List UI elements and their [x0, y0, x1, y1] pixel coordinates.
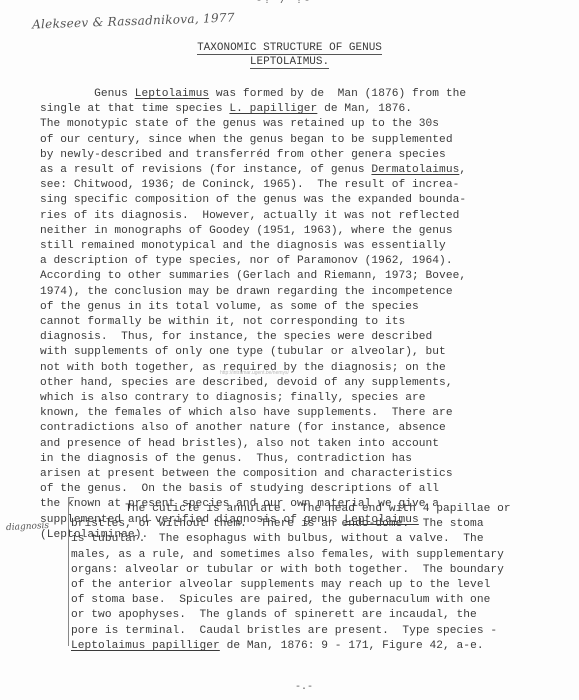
handwritten-citation: Alekseev & Rassadnikova, 1977 — [32, 10, 235, 31]
text-run: diagnosis. Thus, for instance, the speci… — [40, 331, 432, 343]
text-run: of the anterior alveolar supplements may… — [71, 579, 490, 591]
watermark-url: http://intramar.ugent.be/nemys/ — [220, 370, 289, 376]
text-run: was formed by de Man (1876) from the — [209, 88, 466, 100]
text-line: neither in monographs of Goodey (1951, 1… — [40, 224, 466, 239]
text-line: of the genus in its total volume, as som… — [40, 300, 466, 315]
page-number-bottom: -.- — [295, 682, 313, 693]
text-line: which is also contrary to diagnosis; fin… — [40, 391, 466, 406]
text-run: contradictions also of another nature (f… — [40, 422, 446, 434]
text-line: diagnosis. Thus, for instance, the speci… — [40, 330, 466, 345]
intro-paragraph: Genus Leptolaimus was formed by de Man (… — [40, 87, 466, 543]
text-run: is tubular. The esophagus with bulbus, w… — [71, 533, 484, 545]
text-run: arisen at present between the compositio… — [40, 468, 453, 480]
text-line: or two apophyses. The glands of spineret… — [71, 608, 511, 623]
text-run: ries of its diagnosis. However, actually… — [40, 210, 459, 222]
text-line: of the genus. On the basis of studying d… — [40, 482, 466, 497]
text-line: with supplements of only one type (tubul… — [40, 345, 466, 360]
text-run: pore is terminal. Caudal bristles are pr… — [71, 625, 497, 637]
text-line: of the anterior alveolar supplements may… — [71, 578, 511, 593]
text-line: see: Chitwood, 1936; de Coninck, 1965). … — [40, 178, 466, 193]
text-line: Genus Leptolaimus was formed by de Man (… — [40, 87, 466, 102]
text-run: bristles, or without them. There is an e… — [71, 518, 484, 530]
text-run: of our century, since when the genus beg… — [40, 134, 453, 146]
text-run: males, as a rule, and sometimes also fem… — [71, 549, 504, 561]
page-number-top: -! / !- — [256, 0, 312, 7]
text-line: still remained monotypical and the diagn… — [40, 239, 466, 254]
text-line: contradictions also of another nature (f… — [40, 421, 466, 436]
text-run: or two apophyses. The glands of spineret… — [71, 609, 477, 621]
text-run: with supplements of only one type (tubul… — [40, 346, 446, 358]
text-run: of the genus. On the basis of studying d… — [40, 483, 439, 495]
text-run: de Man, 1876: 9 - 171, Figure 42, a-e. — [220, 640, 484, 652]
text-run: neither in monographs of Goodey (1951, 1… — [40, 225, 453, 237]
text-run: which is also contrary to diagnosis; fin… — [40, 392, 426, 404]
text-run: According to other summaries (Gerlach an… — [40, 270, 466, 282]
text-line: of our century, since when the genus beg… — [40, 133, 466, 148]
text-line: is tubular. The esophagus with bulbus, w… — [71, 532, 511, 547]
text-line: of stoma base. Spicules are paired, the … — [71, 593, 511, 608]
text-run: by newly-described and transferréd from … — [40, 149, 446, 161]
text-line: The cuticle is annulate. The head end wi… — [71, 502, 511, 517]
text-line: Leptolaimus papilliger de Man, 1876: 9 -… — [71, 639, 511, 654]
text-line: arisen at present between the compositio… — [40, 467, 466, 482]
underlined-taxon: Leptolaimus papilliger — [71, 640, 220, 652]
underlined-taxon: Leptolaimus — [135, 88, 209, 100]
text-line: The monotypic state of the genus was ret… — [40, 117, 466, 132]
text-run: of stoma base. Spicules are paired, the … — [71, 594, 490, 606]
text-line: known, the females of which also have su… — [40, 406, 466, 421]
diagnosis-paragraph: The cuticle is annulate. The head end wi… — [71, 502, 511, 654]
text-run: other hand, species are described, devoi… — [40, 377, 453, 389]
text-line: males, as a rule, and sometimes also fem… — [71, 548, 511, 563]
text-line: bristles, or without them. There is an e… — [71, 517, 511, 532]
text-line: ries of its diagnosis. However, actually… — [40, 209, 466, 224]
text-run: a description of type species, nor of Pa… — [40, 255, 453, 267]
text-line: in the diagnosis of the genus. Thus, con… — [40, 452, 466, 467]
text-line: According to other summaries (Gerlach an… — [40, 269, 466, 284]
text-line: as a result of revisions (for instance, … — [40, 163, 466, 178]
title-line-2: LEPTOLAIMUS. — [250, 56, 329, 69]
text-run: organs: alveolar or tubular or with both… — [71, 564, 504, 576]
text-run: known, the females of which also have su… — [40, 407, 453, 419]
text-line: organs: alveolar or tubular or with both… — [71, 563, 511, 578]
text-run: sing specific composition of the genus w… — [40, 194, 466, 206]
text-line: single at that time species L. papillige… — [40, 102, 466, 117]
text-line: and presence of head bristles), also not… — [40, 437, 466, 452]
document-title: TAXONOMIC STRUCTURE OF GENUS LEPTOLAIMUS… — [0, 41, 579, 69]
text-line: cannot formally be within it, not corres… — [40, 315, 466, 330]
text-run: cannot formally be within it, not corres… — [40, 316, 405, 328]
text-line: by newly-described and transferréd from … — [40, 148, 466, 163]
text-run: , — [459, 164, 466, 176]
text-run: still remained monotypical and the diagn… — [40, 240, 446, 252]
text-run: of the genus in its total volume, as som… — [40, 301, 419, 313]
text-run: Genus — [40, 88, 135, 100]
text-line: a description of type species, nor of Pa… — [40, 254, 466, 269]
text-run: The cuticle is annulate. The head end wi… — [71, 503, 511, 515]
underlined-taxon: L. papilliger — [229, 103, 317, 115]
text-run: and presence of head bristles), also not… — [40, 438, 439, 450]
text-line: pore is terminal. Caudal bristles are pr… — [71, 624, 511, 639]
text-run: de Man, 1876. — [317, 103, 412, 115]
text-run: in the diagnosis of the genus. Thus, con… — [40, 453, 412, 465]
text-run: 1974), the conclusion may be drawn regar… — [40, 286, 453, 298]
text-run: as a result of revisions (for instance, … — [40, 164, 371, 176]
text-run: see: Chitwood, 1936; de Coninck, 1965). … — [40, 179, 459, 191]
title-line-1: TAXONOMIC STRUCTURE OF GENUS — [197, 42, 382, 55]
text-line: 1974), the conclusion may be drawn regar… — [40, 285, 466, 300]
underlined-taxon: Dermatolaimus — [371, 164, 459, 176]
text-run: single at that time species — [40, 103, 229, 115]
text-line: other hand, species are described, devoi… — [40, 376, 466, 391]
text-line: sing specific composition of the genus w… — [40, 193, 466, 208]
text-run: The monotypic state of the genus was ret… — [40, 118, 439, 130]
